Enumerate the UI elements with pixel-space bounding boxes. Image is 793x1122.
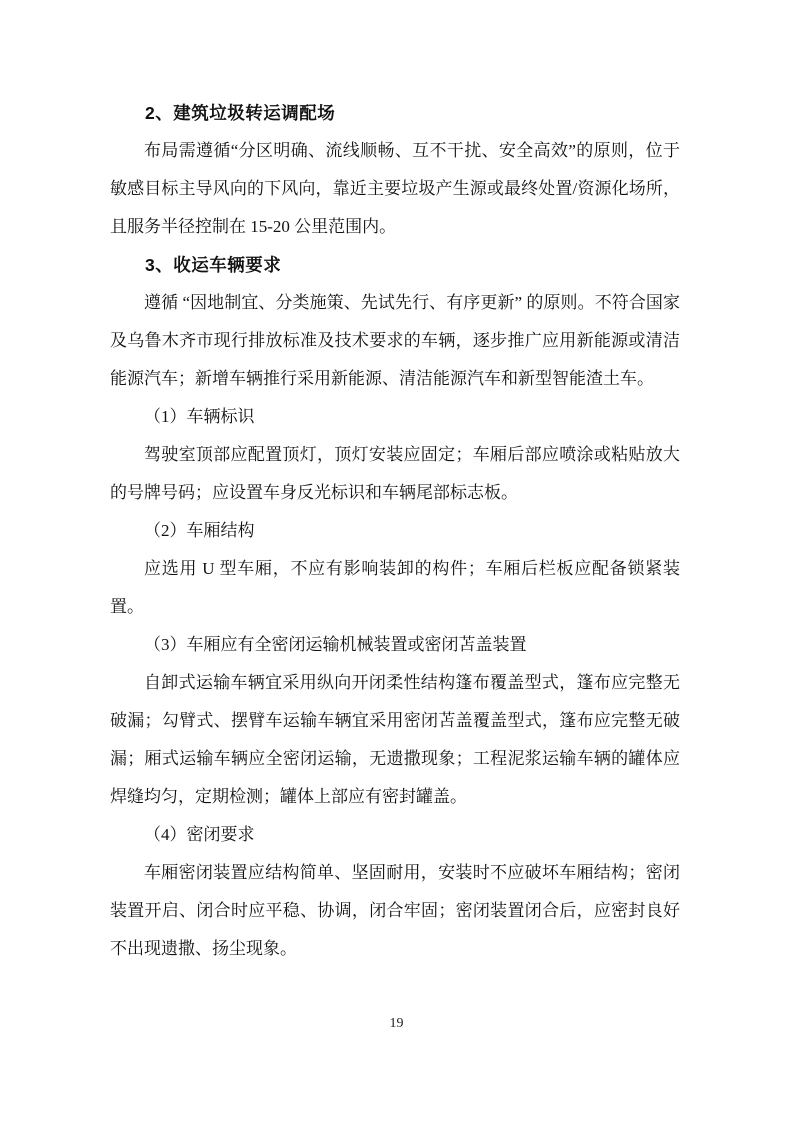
- paragraph: 自卸式运输车辆宜采用纵向开闭柔性结构篷布覆盖型式，篷布应完整无破漏；勾臂式、摆臂…: [110, 664, 680, 816]
- page-footer: 19: [0, 1014, 793, 1034]
- section-heading: 2、建筑垃圾转运调配场: [110, 94, 680, 132]
- page-number: 19: [390, 1016, 404, 1031]
- paragraph: 车厢密闭装置应结构简单、坚固耐用，安装时不应破坏车厢结构；密闭装置开启、闭合时应…: [110, 854, 680, 968]
- section-heading: 3、收运车辆要求: [110, 246, 680, 284]
- document-body: 2、建筑垃圾转运调配场布局需遵循“分区明确、流线顺畅、互不干扰、安全高效”的原则…: [110, 94, 680, 968]
- paragraph: 布局需遵循“分区明确、流线顺畅、互不干扰、安全高效”的原则，位于敏感目标主导风向…: [110, 132, 680, 246]
- paragraph: 遵循 “因地制宜、分类施策、先试先行、有序更新” 的原则。不符合国家及乌鲁木齐市…: [110, 284, 680, 398]
- document-page: 2、建筑垃圾转运调配场布局需遵循“分区明确、流线顺畅、互不干扰、安全高效”的原则…: [0, 0, 793, 1122]
- sub-heading: （2）车厢结构: [110, 512, 680, 550]
- sub-heading: （1）车辆标识: [110, 398, 680, 436]
- paragraph: 应选用 U 型车厢，不应有影响装卸的构件；车厢后栏板应配备锁紧装置。: [110, 550, 680, 626]
- sub-heading: （4）密闭要求: [110, 816, 680, 854]
- sub-heading: （3）车厢应有全密闭运输机械装置或密闭苫盖装置: [110, 626, 680, 664]
- paragraph: 驾驶室顶部应配置顶灯，顶灯安装应固定；车厢后部应喷涂或粘贴放大的号牌号码；应设置…: [110, 436, 680, 512]
